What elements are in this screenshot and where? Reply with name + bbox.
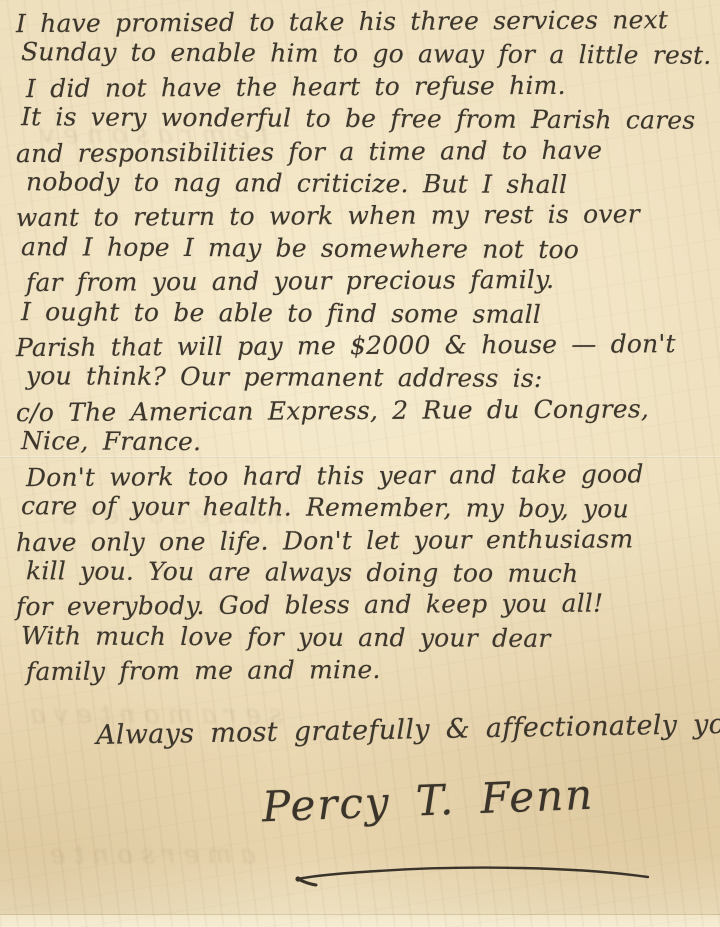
letter-line: I ought to be able to find some small [21,296,716,332]
letter-line: care of your health. Remember, my boy, y… [21,490,716,526]
letter-line: kill you. You are always doing too much [26,555,716,591]
letter-line: and I hope I may be somewhere not too [21,231,716,267]
letter-line: I have promised to take his three servic… [16,4,716,41]
letter-line: I did not have the heart to refuse him. [26,69,716,106]
letter-line: Sunday to enable him to go away for a li… [21,37,716,73]
letter-line: Don't work too hard this year and take g… [26,458,716,495]
letter-line: have only one life. Don't let your enthu… [16,522,716,559]
letter-line: you think? Our permanent address is: [26,361,716,397]
paper-bottom-edge [0,914,720,927]
letter-page: t e m r a s o n e v m a n e s o r e t u … [0,0,720,927]
showthrough-ghost-text: a m e r s o n t e [50,840,256,870]
letter-line: for everybody. God bless and keep you al… [16,587,716,624]
letter-line: want to return to work when my rest is o… [16,198,716,235]
letter-line: nobody to nag and criticize. But I shall [26,166,716,202]
letter-line: Nice, France. [21,425,716,461]
letter-line: family from me and mine. [26,652,716,689]
letter-line: It is very wonderful to be free from Par… [21,101,716,137]
letter-line: and responsibilities for a time and to h… [16,133,716,170]
closing-line: Always most gratefully & affectionately … [96,708,720,751]
letter-line: Parish that will pay me $2000 & house — … [16,328,716,365]
letter-line: With much love for you and your dear [21,620,716,656]
letter-line: c/o The American Express, 2 Rue du Congr… [16,393,716,430]
signature: Percy T. Fenn [261,770,595,832]
signature-flourish [288,863,656,893]
letter-line: far from you and your precious family. [26,263,716,300]
letter-body: I have promised to take his three servic… [16,6,716,687]
